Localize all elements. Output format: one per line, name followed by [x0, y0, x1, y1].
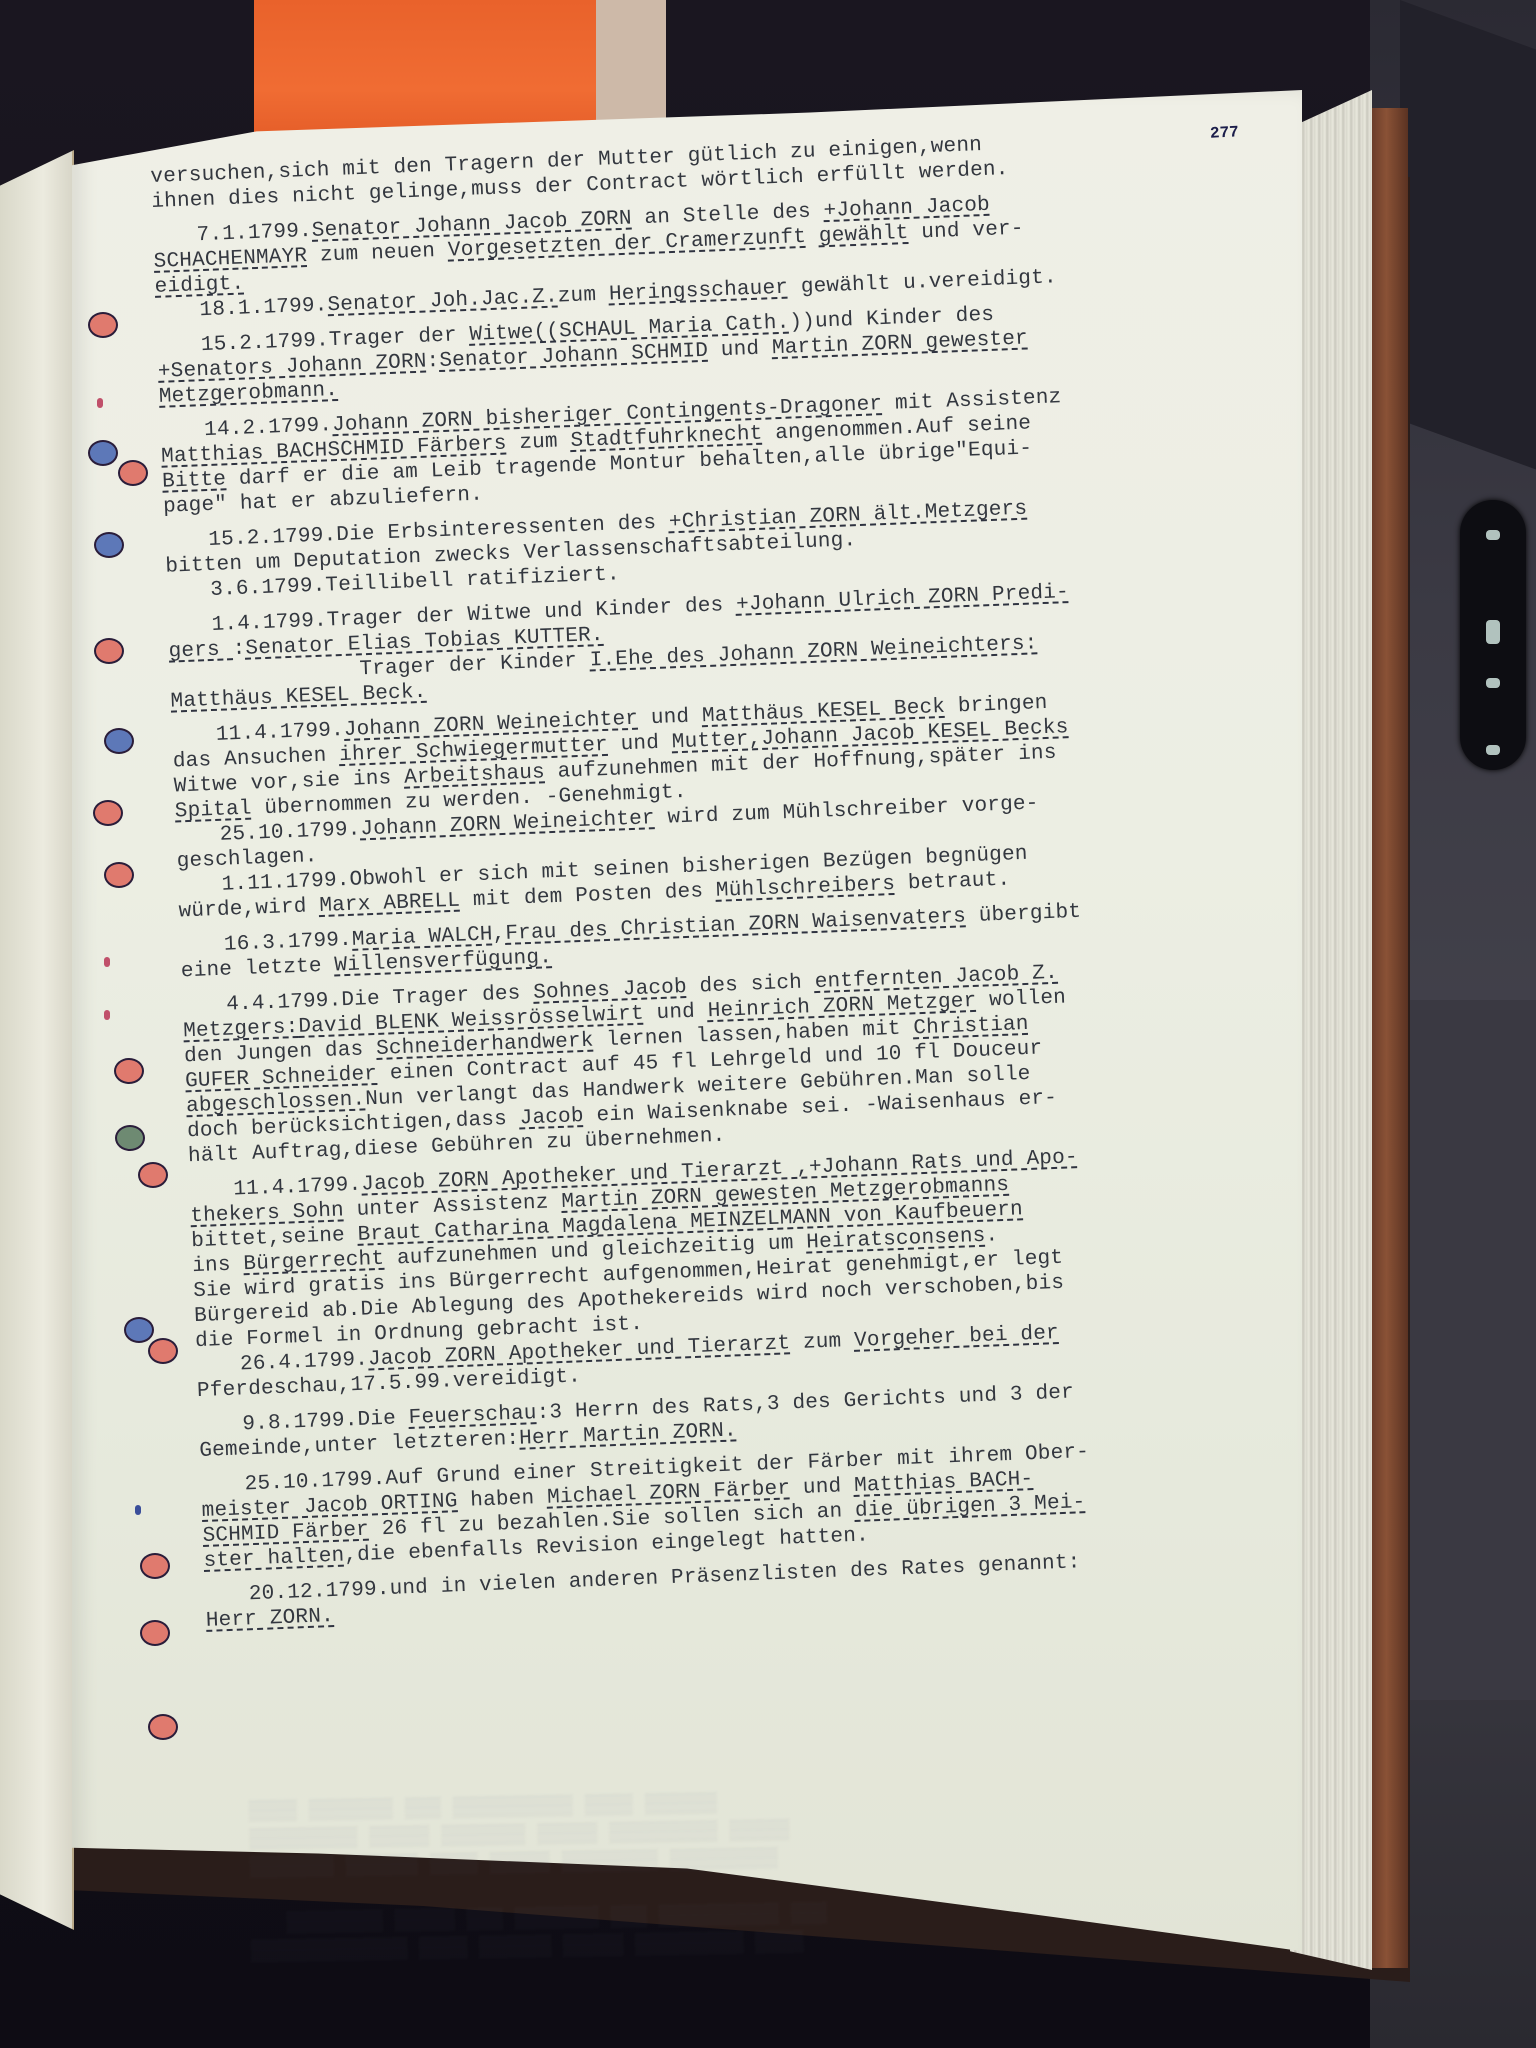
- margin-stamp-icon: [94, 532, 124, 558]
- underlined-name: Christian: [913, 1013, 1029, 1040]
- margin-stamp-icon: [118, 460, 148, 486]
- text-segment: 7.1.1799.: [196, 220, 312, 247]
- margin-stamp-icon: [104, 957, 110, 967]
- text-segment: ,: [492, 923, 506, 946]
- text-segment: haben: [457, 1487, 547, 1513]
- text-segment: betraut.: [895, 869, 1011, 896]
- margin-stamp-icon: [94, 638, 124, 664]
- text-segment: .: [985, 1224, 999, 1247]
- underlined-name: Spital: [174, 798, 252, 824]
- underlined-name: Metzgers:: [183, 1016, 299, 1043]
- text-segment: und ver-: [908, 218, 1024, 245]
- margin-stamp-icon: [104, 862, 134, 888]
- margin-stamp-icon: [148, 1338, 178, 1364]
- margin-stamp-icon: [140, 1620, 170, 1646]
- paper-slip: [596, 0, 666, 130]
- book-cover-edge: [1372, 108, 1408, 1968]
- margin-stamp-icon: [148, 1714, 178, 1740]
- show-through-text: ▒▒▒▒ ▒▒▒▒▒▒▒ ▒▒▒ ▒▒▒▒▒▒▒▒▒▒ ▒▒▒▒ ▒▒▒▒▒▒ …: [249, 1781, 1252, 1966]
- underlined-name: Heringsschauer: [609, 277, 789, 307]
- margin-stamp-icon: [138, 1162, 168, 1188]
- underlined-name: Bitte: [162, 468, 227, 493]
- underlined-name: gewählt: [819, 222, 909, 248]
- text-segment: zum: [557, 283, 609, 308]
- desk-panel: [1400, 1000, 1536, 1700]
- underlined-name: Herr ZORN.: [206, 1605, 335, 1633]
- text-segment: und: [790, 1475, 855, 1500]
- binder-clip: [1460, 500, 1526, 770]
- text-segment: zum: [790, 1330, 855, 1355]
- margin-stamp-icon: [114, 1058, 144, 1084]
- text-segment: eine letzte: [181, 955, 335, 984]
- underlined-name: ster halten: [203, 1545, 345, 1573]
- text-segment: ins: [192, 1253, 244, 1278]
- text-segment: und: [643, 1000, 708, 1025]
- margin-stamp-icon: [115, 1125, 145, 1151]
- text-segment: und: [607, 731, 672, 756]
- margin-stamp-icon: [135, 1505, 141, 1515]
- desk-shadow: [1400, 0, 1536, 469]
- margin-stamp-icon: [104, 728, 134, 754]
- margin-stamp-icon: [93, 800, 123, 826]
- text-segment: und: [638, 705, 703, 730]
- margin-stamp-icon: [104, 1010, 110, 1020]
- text-segment: [806, 225, 820, 248]
- text-segment: zum: [506, 430, 571, 455]
- text-segment: würde,wird: [178, 895, 320, 923]
- text-segment: :: [426, 350, 440, 373]
- margin-stamp-icon: [97, 398, 103, 408]
- text-segment: :: [232, 638, 246, 661]
- left-page: [0, 150, 74, 1930]
- underlined-name: eidigt.: [154, 272, 244, 298]
- margin-stamp-icon: [88, 440, 118, 466]
- text-segment: 18.1.1799.: [199, 294, 328, 322]
- text-segment: bringen: [945, 692, 1048, 719]
- text-segment: wollen: [976, 986, 1066, 1012]
- margin-stamp-icon: [140, 1553, 170, 1579]
- underlined-name: Marx ABRELL: [319, 890, 461, 918]
- text-segment: übergibt: [966, 901, 1082, 928]
- margin-stamp-icon: [88, 312, 118, 338]
- underlined-name: gers: [168, 638, 233, 663]
- underlined-name: Mühlschreibers: [716, 873, 896, 903]
- underlined-name: Metzgerobmann.: [158, 379, 338, 409]
- underlined-name: Jacob: [519, 1105, 584, 1130]
- margin-stamp-icon: [124, 1317, 154, 1343]
- text-segment: und: [708, 337, 773, 362]
- typed-text-body: versuchen,sich mit den Tragern der Mutte…: [150, 121, 1356, 1634]
